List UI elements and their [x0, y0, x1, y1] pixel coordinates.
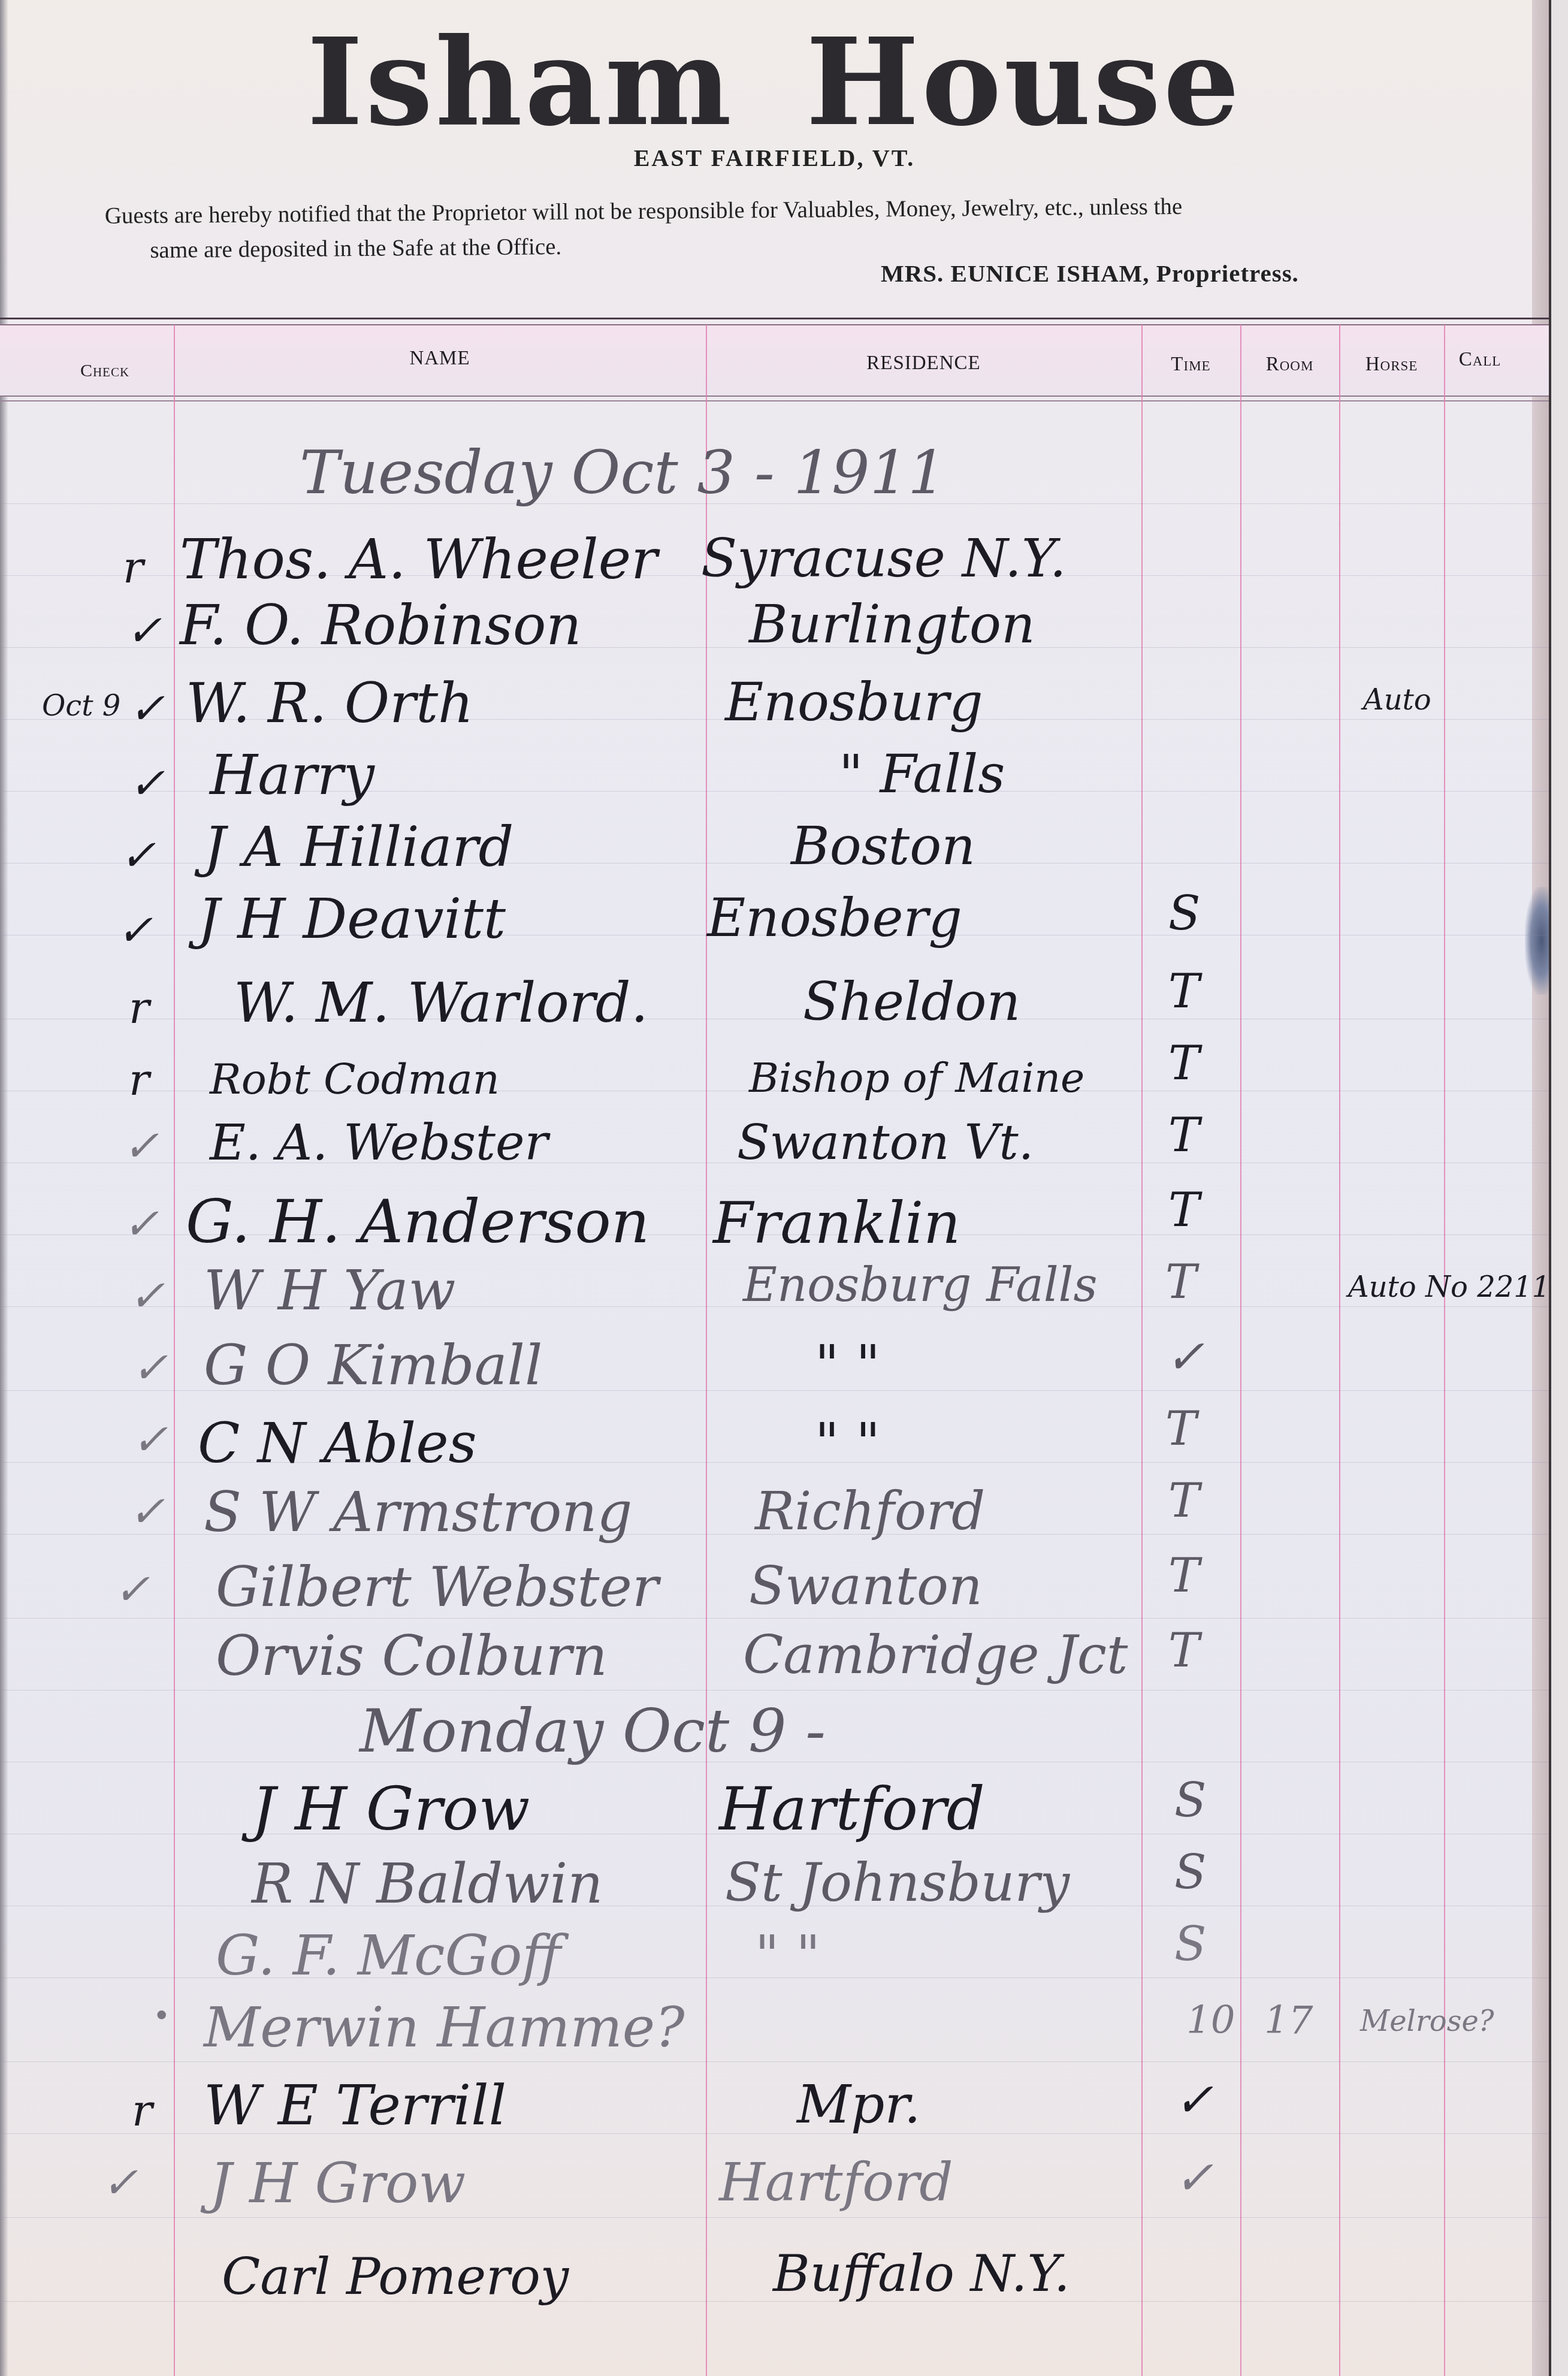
guest-residence: Mpr.: [797, 2073, 921, 2135]
guest-residence: Buffalo N.Y.: [773, 2244, 1070, 2303]
guest-residence: St Johnsbury: [725, 1852, 1069, 1913]
hotel-title: IshamHouse: [0, 12, 1549, 153]
guest-name: G. F. McGoff: [216, 1924, 561, 1988]
column-divider-name-residence: [706, 325, 707, 2376]
time-mark: T: [1165, 1402, 1197, 1456]
date-heading: Tuesday Oct 3 - 1911: [300, 437, 946, 508]
column-header-name: NAME: [174, 348, 706, 370]
check-mark: ✓: [129, 1270, 165, 1321]
check-mark: ✓: [123, 1198, 159, 1249]
check-mark: r: [129, 983, 149, 1033]
time-mark: T: [1168, 1184, 1200, 1237]
time-mark: S: [1174, 1846, 1206, 1900]
check-mark: ✓: [132, 1414, 168, 1465]
guest-name: F. O. Robinson: [180, 593, 582, 657]
guest-name: Harry: [210, 743, 374, 807]
time-mark: S: [1174, 1774, 1206, 1828]
guest-residence: Boston: [791, 815, 975, 877]
guest-residence: " ": [815, 1411, 880, 1473]
check-mark: ✓: [114, 1564, 150, 1614]
check-mark: r: [129, 1055, 149, 1105]
horse-note: Melrose?: [1360, 2004, 1494, 2038]
guest-name: J A Hilliard: [204, 815, 513, 879]
header-bottom-rule: [0, 396, 1549, 401]
check-mark: •: [153, 1998, 171, 2033]
column-header-residence: RESIDENCE: [706, 352, 1141, 375]
check-mark: ✓: [129, 683, 165, 733]
hotel-location: EAST FAIRFIELD, VT.: [0, 144, 1549, 172]
guest-name: W E Terrill: [204, 2073, 506, 2138]
column-header-time: Time: [1141, 354, 1240, 376]
check-mark: r: [132, 2085, 152, 2136]
guest-name: G. H. Anderson: [186, 1187, 649, 1257]
guest-name: E. A. Webster: [210, 1115, 548, 1172]
guest-name: Carl Pomeroy: [222, 2247, 569, 2306]
valuables-notice: Guests are hereby notified that the Prop…: [105, 187, 1442, 268]
column-header-check: Check: [36, 361, 174, 381]
time-mark: ✓: [1174, 2073, 1213, 2127]
margin-note: Oct 9: [42, 689, 120, 723]
room-number: 17: [1264, 1998, 1313, 2043]
guest-name: J H Grow: [252, 1774, 530, 1844]
column-divider-horse-call: [1444, 325, 1445, 2376]
ruled-line: [0, 2061, 1549, 2062]
check-mark: r: [123, 542, 143, 593]
proprietress-credit: MRS. EUNICE ISHAM, Proprietress.: [881, 259, 1299, 288]
check-mark: ✓: [123, 1121, 159, 1171]
check-mark: ✓: [117, 905, 153, 955]
guest-residence: Bishop of Maine: [749, 1055, 1084, 1102]
column-header-call: Call: [1444, 349, 1516, 371]
header-top-rule: [0, 318, 1549, 325]
guest-residence: Enosberg: [707, 887, 962, 949]
guest-residence: " ": [815, 1333, 880, 1395]
guest-residence: Enosburg Falls: [743, 1258, 1098, 1312]
guest-residence: " Falls: [839, 743, 1005, 805]
guest-name: Thos. A. Wheeler: [180, 527, 657, 591]
check-mark: ✓: [126, 605, 162, 656]
register-page: IshamHouse EAST FAIRFIELD, VT. Guests ar…: [0, 0, 1551, 2376]
column-divider-residence-time: [1141, 325, 1143, 2376]
check-mark: ✓: [129, 1486, 165, 1536]
check-mark: ✓: [102, 2157, 138, 2208]
guest-name: G O Kimball: [204, 1333, 542, 1397]
guest-name: C N Ables: [198, 1411, 477, 1475]
column-header-horse: Horse: [1339, 354, 1444, 376]
horse-note: Auto: [1363, 683, 1431, 717]
time-mark: T: [1165, 1255, 1197, 1309]
guest-name: W. R. Orth: [186, 671, 473, 735]
time-mark: ✓: [1174, 2151, 1213, 2205]
time-mark: T: [1168, 1109, 1200, 1163]
guest-residence: Richford: [755, 1480, 985, 1542]
guest-residence: " ": [755, 1924, 820, 1985]
guest-name: S W Armstrong: [204, 1480, 632, 1544]
column-divider-check-name: [174, 325, 175, 2376]
guest-residence: Swanton: [749, 1555, 983, 1617]
horse-note: Auto No 2211: [1348, 1270, 1550, 1304]
check-mark: ✓: [129, 758, 165, 808]
guest-residence: Burlington: [749, 593, 1035, 655]
notice-line-1: Guests are hereby notified that the Prop…: [105, 194, 1183, 229]
check-mark: ✓: [120, 830, 156, 880]
guest-residence: Franklin: [713, 1189, 960, 1257]
time-mark: T: [1168, 1037, 1200, 1091]
ruled-line: [0, 2217, 1549, 2218]
ink-stain: [1525, 887, 1549, 995]
column-header-room: Room: [1240, 354, 1339, 376]
time-mark: T: [1168, 965, 1200, 1019]
ruled-line: [0, 1690, 1549, 1690]
guest-name: W. M. Warlord.: [234, 971, 648, 1035]
guest-name: J H Deavitt: [198, 887, 506, 951]
guest-name: J H Grow: [210, 2151, 466, 2215]
time-mark: S: [1168, 887, 1200, 941]
guest-name: Gilbert Webster: [216, 1555, 658, 1619]
guest-name: Orvis Colburn: [216, 1624, 608, 1688]
time-mark: S: [1174, 1918, 1206, 1972]
guest-residence: Sheldon: [803, 971, 1020, 1032]
time-mark: ✓: [1165, 1330, 1204, 1384]
time-mark: 10: [1186, 1998, 1235, 2043]
guest-name: Merwin Hamme?: [204, 1995, 685, 2060]
time-mark: T: [1168, 1549, 1200, 1603]
guest-name: Robt Codman: [210, 1055, 500, 1104]
time-mark: T: [1168, 1624, 1200, 1678]
guest-residence: Enosburg: [725, 671, 983, 733]
guest-residence: Syracuse N.Y.: [701, 527, 1067, 589]
hotel-title-word-2: House: [806, 12, 1242, 153]
time-mark: T: [1168, 1474, 1200, 1528]
check-mark: ✓: [132, 1342, 168, 1393]
guest-name: R N Baldwin: [252, 1852, 603, 1916]
guest-residence: Hartford: [719, 1774, 985, 1844]
hotel-title-word-1: Isham: [307, 12, 734, 153]
column-divider-room-horse: [1339, 325, 1340, 2376]
guest-residence: Cambridge Jct: [743, 1624, 1128, 1686]
date-heading: Monday Oct 9 -: [359, 1696, 826, 1766]
guest-residence: Hartford: [719, 2151, 953, 2213]
column-divider-time-room: [1240, 325, 1241, 2376]
guest-residence: Swanton Vt.: [737, 1115, 1034, 1170]
ruled-line: [0, 1019, 1549, 1019]
guest-name: W H Yaw: [204, 1258, 455, 1323]
